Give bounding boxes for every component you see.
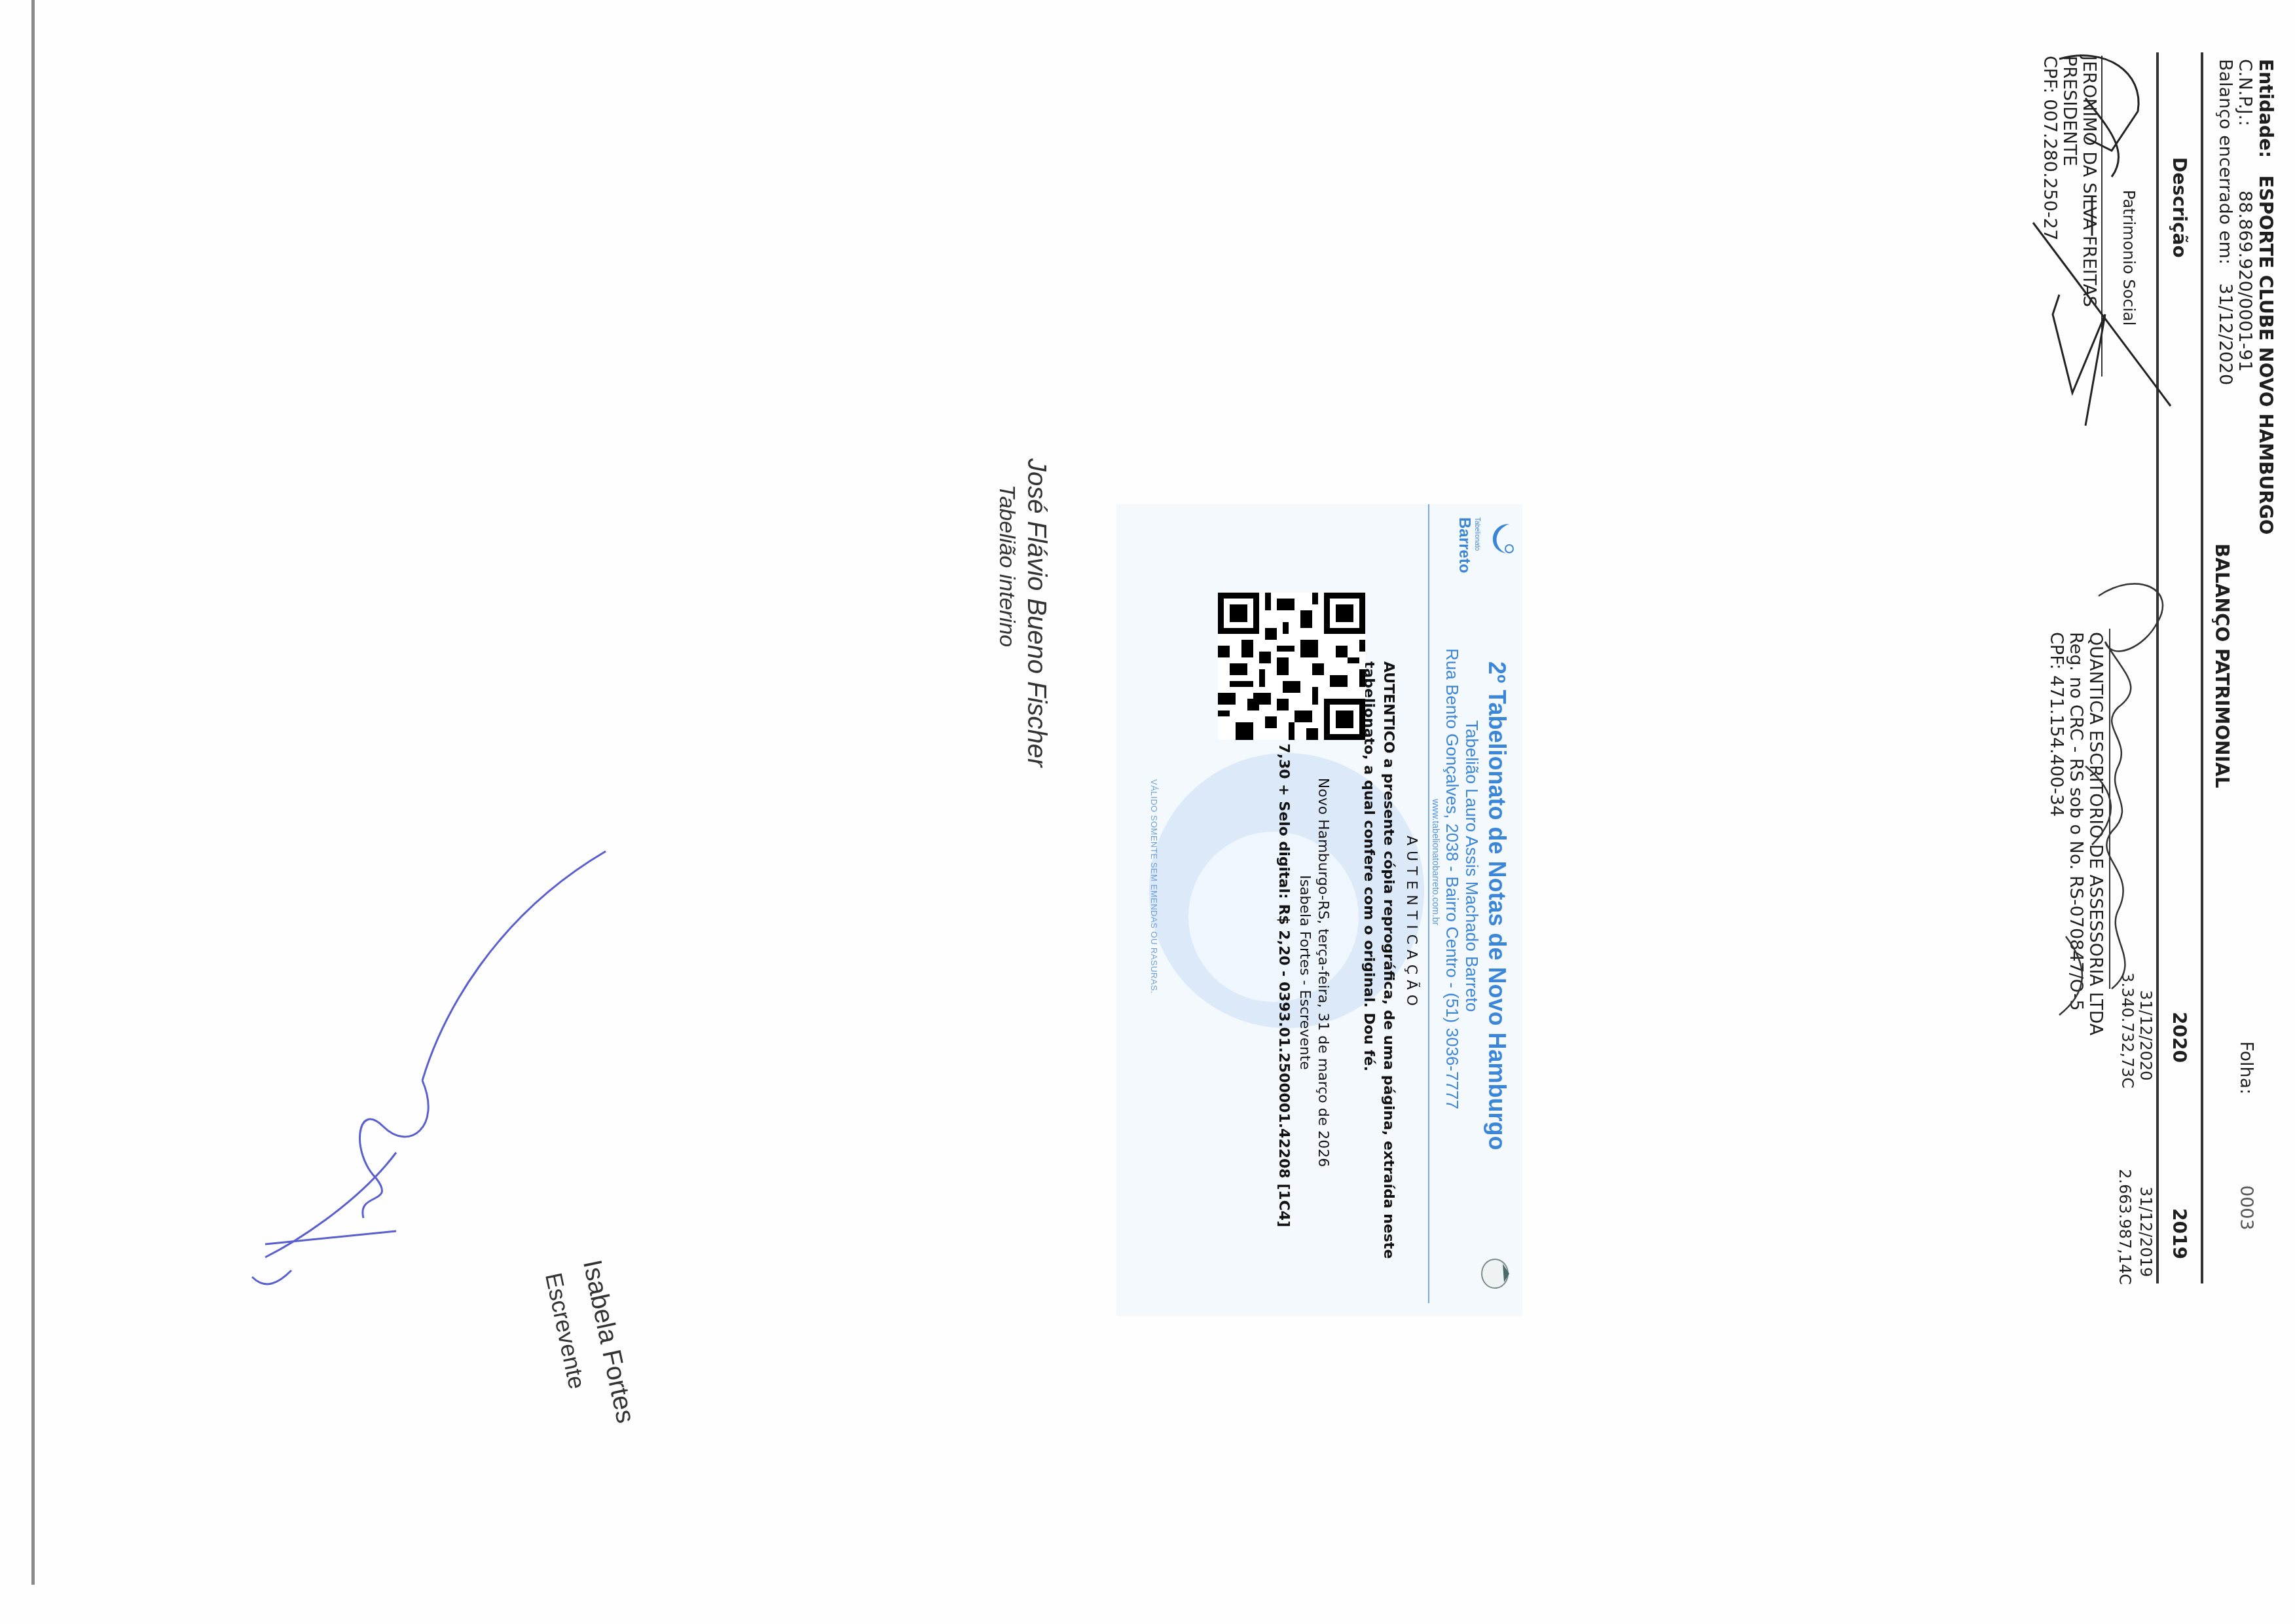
notary-website: www.tabelionatobarreto.com.br	[1431, 799, 1441, 925]
logo-small-text: Tabelionato	[1473, 517, 1480, 589]
authentication-fees: Emol.: R$ 7,30 + Selo digital: R$ 2,20 -…	[1274, 661, 1293, 1283]
sheet-number: 0003	[2236, 1185, 2256, 1230]
accountant-handwritten-signature	[2020, 570, 2216, 1041]
stamp-header-rule	[1428, 504, 1429, 1303]
authentication-stamp: Tabelionato Barreto 2º Tabelionato de No…	[1116, 504, 1522, 1316]
authentication-text: AUTENTICO a presente cópia reprográfica,…	[1359, 661, 1398, 1283]
verification-qr-code[interactable]	[1218, 593, 1365, 740]
notary-signer-role: Tabelião interino	[994, 485, 1019, 647]
notary-logo: Tabelionato Barreto	[1455, 517, 1516, 589]
row-value-2019: 2.663.987,14C	[2116, 1169, 2134, 1285]
seal-icon	[1477, 1251, 1516, 1297]
sheet-label: Folha:	[2236, 1041, 2256, 1094]
page-bottom-edge	[31, 0, 35, 1585]
column-header-2019: 2019	[2169, 1208, 2190, 1259]
authentication-heading: AUTENTICAÇÃO	[1401, 753, 1421, 1094]
notary-name-line: Tabelião Lauro Assis Machado Barreto	[1461, 720, 1482, 1012]
authentication-clerk-line: Isabela Fortes - Escrevente	[1294, 661, 1314, 1283]
scanned-document-page: Entidade: ESPORTE CLUBE NOVO HAMBURGO C.…	[0, 0, 2295, 1624]
validity-note: VÁLIDO SOMENTE SEM EMENDAS OU RASURAS.	[1149, 779, 1159, 993]
logo-name: Barreto	[1455, 517, 1473, 589]
authentication-place-date: Novo Hamburgo-RS, terça-feira, 31 de mar…	[1313, 661, 1332, 1283]
clerk-handwritten-signature	[69, 786, 658, 1375]
president-handwritten-signature	[2007, 33, 2269, 426]
notary-office-title: 2º Tabelionato de Notas de Novo Hamburgo	[1483, 661, 1511, 1151]
notary-address-line: Rua Bento Gonçalves, 2038 - Bairro Centr…	[1442, 648, 1462, 1109]
column-subdate-2019: 31/12/2019	[2137, 1187, 2155, 1277]
notary-signer-name: José Flávio Bueno Fischer	[1021, 458, 1051, 767]
notary-logo-icon	[1483, 517, 1516, 557]
